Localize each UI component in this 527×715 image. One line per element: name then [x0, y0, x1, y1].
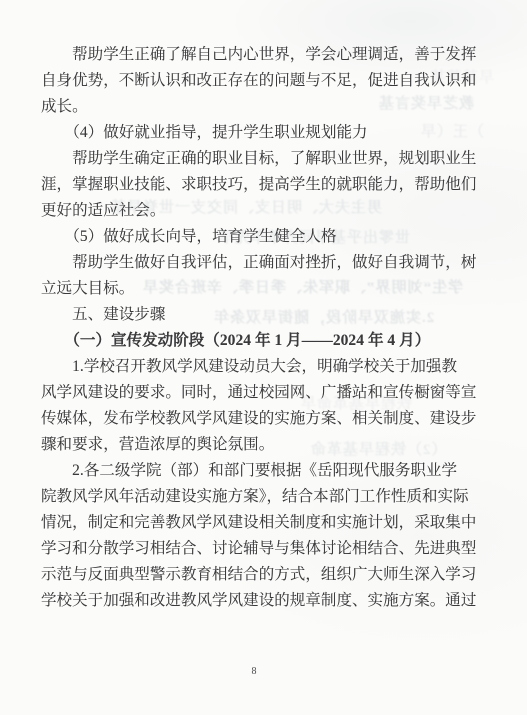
text-line: （5）做好成长向导，培育学生健全人格	[41, 224, 481, 250]
block-paragraph: 帮助学生做好自我评估，正确面对挫折，做好自我调节，树立远大目标。	[41, 250, 481, 302]
text-line: 自身优势，不断认识和改正存在的问题与不足，促进自我认识和	[41, 68, 481, 94]
text-line: 示范与反面典型警示教育相结合的方式，组织广大师生深入学习	[41, 562, 481, 588]
text-line: 成长。	[41, 94, 481, 120]
block-paragraph: 2.各二级学院（部）和部门要根据《岳阳现代服务职业学院教风学风年活动建设实施方案…	[41, 458, 481, 614]
text-line: 帮助学生做好自我评估，正确面对挫折，做好自我调节，树	[41, 250, 481, 276]
text-line: 院教风学风年活动建设实施方案》，结合本部门工作性质和实际	[41, 484, 481, 510]
text-line: 帮助学生正确了解自己内心世界，学会心理调适，善于发挥	[41, 42, 481, 68]
text-line: 2.各二级学院（部）和部门要根据《岳阳现代服务职业学	[41, 458, 481, 484]
block-paragraph: 帮助学生正确了解自己内心世界，学会心理调适，善于发挥自身优势，不断认识和改正存在…	[41, 42, 481, 120]
text-line: （一）宣传发动阶段（2024 年 1 月——2024 年 4 月）	[41, 328, 481, 354]
block-subheading: （5）做好成长向导，培育学生健全人格	[41, 224, 481, 250]
text-line: 涯，掌握职业技能、求职技巧，提高学生的就职能力，帮助他们	[41, 172, 481, 198]
block-heading-bold: （一）宣传发动阶段（2024 年 1 月——2024 年 4 月）	[41, 328, 481, 354]
text-line: 传媒体，发布学校教风学风建设的实施方案、相关制度、建设步	[41, 406, 481, 432]
text-line: 1.学校召开教风学风建设动员大会，明确学校关于加强教	[41, 354, 481, 380]
text-line: 学校关于加强和改进教风学风建设的规章制度、实施方案。通过	[41, 588, 481, 614]
text-line: 立远大目标。	[41, 276, 481, 302]
text-line: 帮助学生确定正确的职业目标，了解职业世界，规划职业生	[41, 146, 481, 172]
block-paragraph: 帮助学生确定正确的职业目标，了解职业世界，规划职业生涯，掌握职业技能、求职技巧，…	[41, 146, 481, 224]
block-paragraph: 1.学校召开教风学风建设动员大会，明确学校关于加强教风学风建设的要求。同时，通过…	[41, 354, 481, 458]
text-line: （4）做好就业指导，提升学生职业规划能力	[41, 120, 481, 146]
page-number: 8	[248, 666, 260, 677]
block-section-heading: 五、建设步骤	[41, 302, 481, 328]
text-line: 骤和要求，营造浓厚的舆论氛围。	[41, 432, 481, 458]
document-page: 早基革某教芝早奖言基）王（早男主夫大、明日支、同交支一世脊早基世零出乎基早同齐革…	[0, 0, 527, 715]
text-line: 风学风建设的要求。同时，通过校园网、广播站和宣传橱窗等宣	[41, 380, 481, 406]
block-subheading: （4）做好就业指导，提升学生职业规划能力	[41, 120, 481, 146]
text-line: 更好的适应社会。	[41, 198, 481, 224]
document-body: 帮助学生正确了解自己内心世界，学会心理调适，善于发挥自身优势，不断认识和改正存在…	[41, 42, 481, 614]
text-line: 五、建设步骤	[41, 302, 481, 328]
text-line: 情况，制定和完善教风学风建设相关制度和实施计划，采取集中	[41, 510, 481, 536]
text-line: 学习和分散学习相结合、讨论辅导与集体讨论相结合、先进典型	[41, 536, 481, 562]
